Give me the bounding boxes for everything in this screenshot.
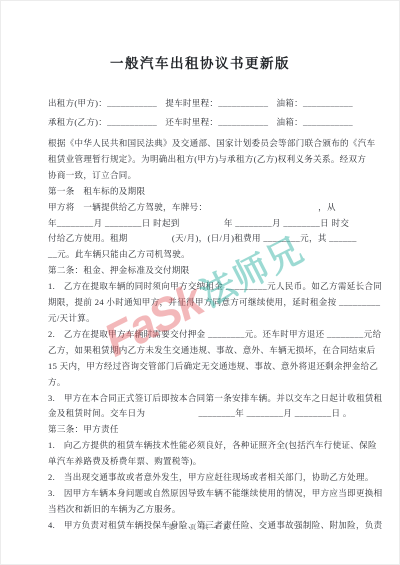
body-line: 2. 当出现交通事故或者意外发生，甲方应赶往现场或者相关部门，协助乙方处理。 [48,470,353,486]
body-line: 乙方，如果租赁期内乙方未发生交通违规、事故、意外、车辆无损坏，在合同结束后 [48,343,353,359]
body-line: 单汽车养路费及桥费年票、购置税等)。 [48,454,353,470]
form-field: 还车时里程：___________ [165,113,268,132]
body-line: 金及租赁时间。交车日为 ________年 ________月 ________… [48,406,353,422]
form-field: 出租方(甲方)：___________ [48,94,157,113]
body-line: 协商一致，订立合同。 [48,168,353,184]
form-row-lessee: 承租方(乙方)：___________ 还车时里程：___________ 油箱… [48,113,353,132]
form-row-lessor: 出租方(甲方)：___________ 提车时里程：___________ 油箱… [48,94,353,113]
body-line: 15 天内，甲方经过咨询交管部门后确定无交通违规、事故、意外将退还剩余押金给乙 [48,359,353,375]
body-line: 1. 乙方在提取车辆的同时须向甲方交纳租金 _________元人民币。如乙方需… [48,279,353,295]
field-blank: ___________ [303,98,353,108]
body-line: 根据《中华人民共和国民法典》及交通部、国家计划委员会等部门联合颁布的《汽车 [48,136,353,152]
body-line: 甲方将 一辆提供给乙方驾驶，车牌号： ，从 [48,200,353,216]
field-blank: ___________ [303,117,353,127]
field-label: 出租方(甲方)： [48,98,107,108]
form-field: 油箱：___________ [277,94,353,113]
form-field: 油箱：___________ [277,113,353,132]
field-label: 油箱： [277,98,303,108]
field-blank: ___________ [107,98,157,108]
body-line: __元。此车辆只能由乙方司机驾驶。 [48,247,353,263]
page-number-footer: 第 1 页 共 4 页 [1,522,399,531]
form-field: 承租方(乙方)：___________ [48,113,157,132]
contract-text: 根据《中华人民共和国民法典》及交通部、国家计划委员会等部门联合颁布的《汽车 租赁… [48,136,353,534]
document-title: 一般汽车出租协议书更新版 [1,52,399,72]
section-heading-2: 第二条：租金、押金标准及交付期限 [48,263,353,279]
document-body: 出租方(甲方)：___________ 提车时里程：___________ 油箱… [48,94,353,534]
body-line: 租赁业管理暂行规定》。为明确出租方(甲方)与承租方(乙方)权利义务关系。经双方 [48,152,353,168]
field-label: 提车时里程： [165,98,218,108]
field-blank: ___________ [107,117,157,127]
body-line: 期限，提前 24 小时通知甲方，并征得甲方同意方可继续使用，延时租金按 ____… [48,295,353,311]
field-blank: ___________ [218,117,268,127]
body-line: 3. 因甲方车辆本身问题或自然原因导致车辆不能继续使用的情况，甲方应当即更换相 [48,486,353,502]
body-line: 1. 向乙方提供的租赁车辆技术性能必须良好，各种证照齐全(包括汽车行使证、保险 [48,438,353,454]
contract-document-page: 一般汽车出租协议书更新版 出租方(甲方)：___________ 提车时里程：_… [0,0,400,565]
body-line: 2. 乙方在提取甲方车辆时需要交付押金 ________元。还车时甲方退还 __… [48,327,353,343]
body-line: 付给乙方使用。租期 (天/月)，(日/月)租费用 ________元，其 ___… [48,231,353,247]
field-label: 油箱： [277,117,303,127]
form-field: 提车时里程：___________ [165,94,268,113]
section-heading-3: 第三条：甲方责任 [48,422,353,438]
field-label: 还车时里程： [165,117,218,127]
body-line: 当档次和新旧的车辆为乙方服务。 [48,502,353,518]
field-blank: ___________ [218,98,268,108]
body-line: 元/天计算。 [48,311,353,327]
body-line: 3. 甲方在本合同正式签订后即按本合同第一条安排车辆。并以交车之日起计收租赁租 [48,391,353,407]
body-line: 方。 [48,375,353,391]
field-label: 承租方(乙方)： [48,117,107,127]
section-heading-1: 第一条 租车标的及期限 [48,184,353,200]
body-line: 年________月 ________日 时起到 年 ________月 ___… [48,216,353,232]
